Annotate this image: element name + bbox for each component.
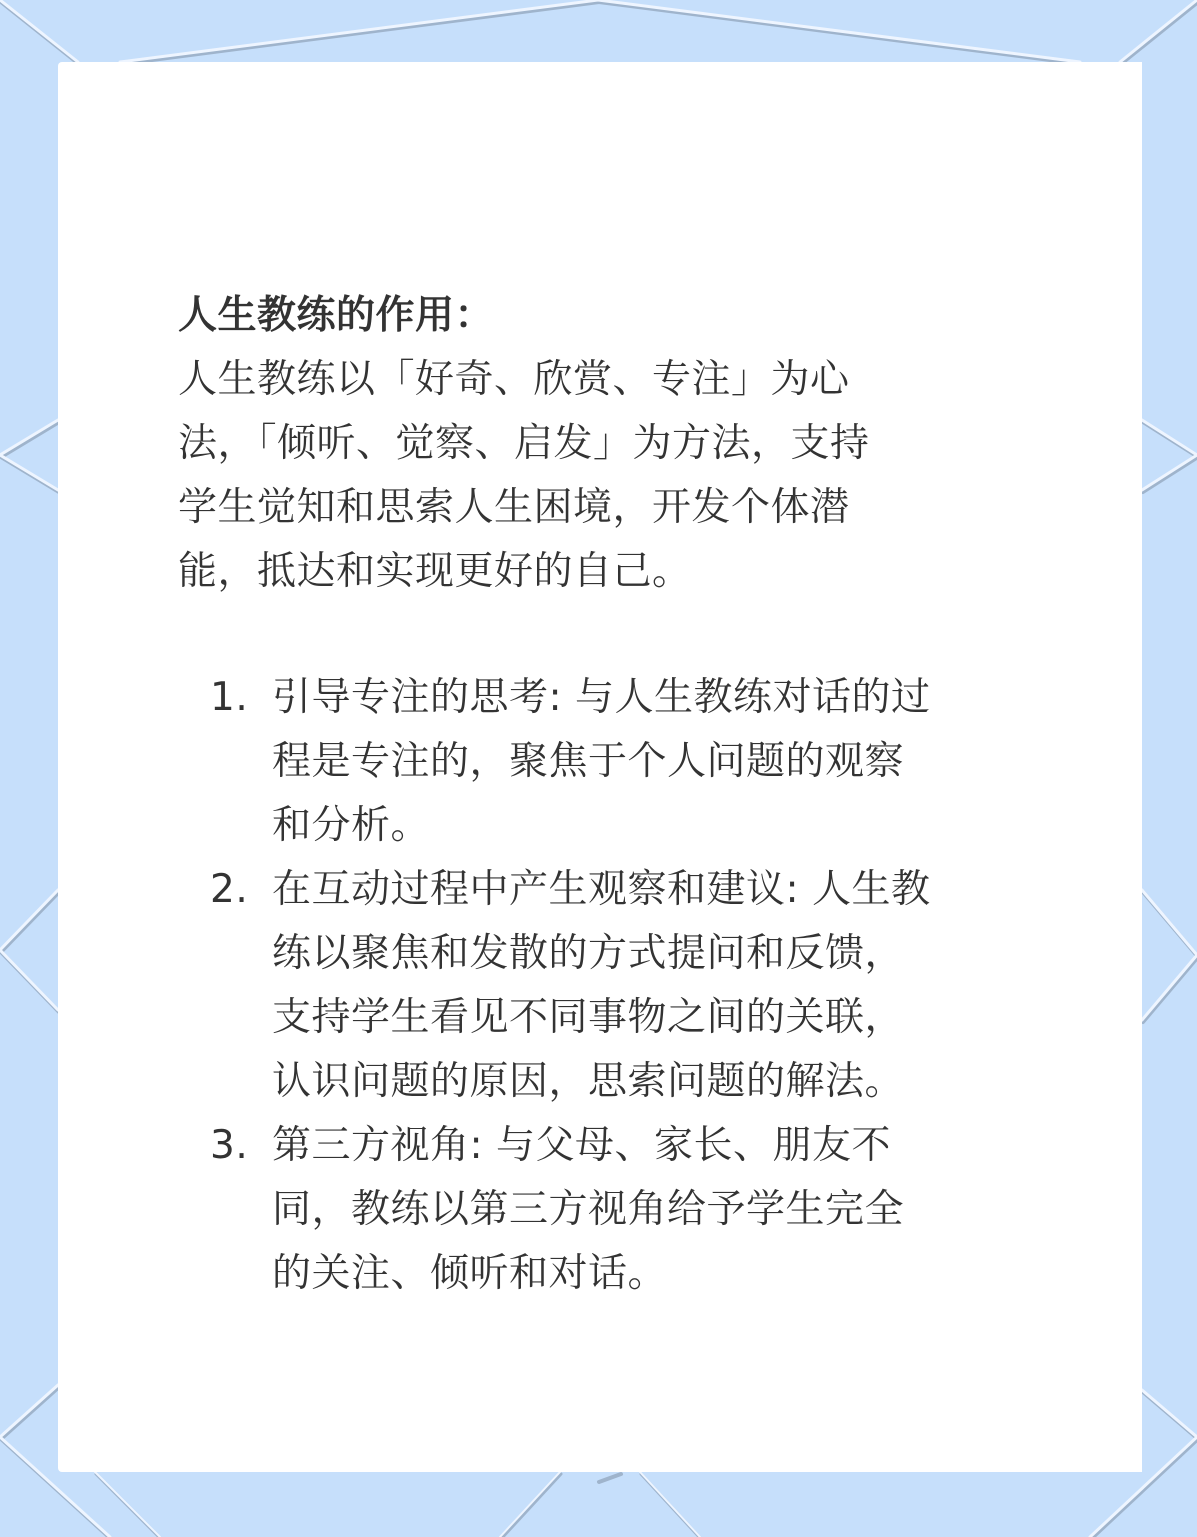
numbered-list: 1. 引导专注的思考: 与人生教练对话的过 程是专注的，聚焦于个人问题的观察 和… bbox=[178, 666, 1018, 1306]
section-heading: 人生教练的作用： bbox=[178, 284, 1018, 348]
list-item-line: 第三方视角: 与父母、家长、朋友不 bbox=[272, 1114, 1018, 1178]
list-item-line: 程是专注的，聚焦于个人问题的观察 bbox=[272, 730, 1018, 794]
list-item-number: 2. bbox=[210, 858, 248, 922]
list-item-line: 引导专注的思考: 与人生教练对话的过 bbox=[272, 666, 1018, 730]
intro-line: 学生觉知和思索人生困境，开发个体潜 bbox=[178, 476, 978, 540]
list-item-line: 认识问题的原因，思索问题的解法。 bbox=[272, 1050, 1018, 1114]
list-item-line: 和分析。 bbox=[272, 794, 1018, 858]
intro-line: 人生教练以「好奇、欣赏、专注」为心 bbox=[178, 348, 978, 412]
list-item: 1. 引导专注的思考: 与人生教练对话的过 程是专注的，聚焦于个人问题的观察 和… bbox=[178, 666, 1018, 858]
list-item: 3. 第三方视角: 与父母、家长、朋友不 同，教练以第三方视角给予学生完全 的关… bbox=[178, 1114, 1018, 1306]
list-item-line: 练以聚焦和发散的方式提问和反馈， bbox=[272, 922, 1018, 986]
list-item-number: 3. bbox=[210, 1114, 248, 1178]
list-item: 2. 在互动过程中产生观察和建议: 人生教 练以聚焦和发散的方式提问和反馈， 支… bbox=[178, 858, 1018, 1114]
list-item-line: 在互动过程中产生观察和建议: 人生教 bbox=[272, 858, 1018, 922]
list-item-line: 支持学生看见不同事物之间的关联， bbox=[272, 986, 1018, 1050]
intro-line: 法，「倾听、觉察、启发」为方法，支持 bbox=[178, 412, 978, 476]
intro-line: 能，抵达和实现更好的自己。 bbox=[178, 540, 978, 604]
article-content: 人生教练的作用： 人生教练以「好奇、欣赏、专注」为心 法，「倾听、觉察、启发」为… bbox=[178, 284, 1018, 1306]
list-item-number: 1. bbox=[210, 666, 248, 730]
list-item-line: 同，教练以第三方视角给予学生完全 bbox=[272, 1178, 1018, 1242]
list-item-line: 的关注、倾听和对话。 bbox=[272, 1242, 1018, 1306]
intro-paragraph: 人生教练以「好奇、欣赏、专注」为心 法，「倾听、觉察、启发」为方法，支持 学生觉… bbox=[178, 348, 978, 604]
